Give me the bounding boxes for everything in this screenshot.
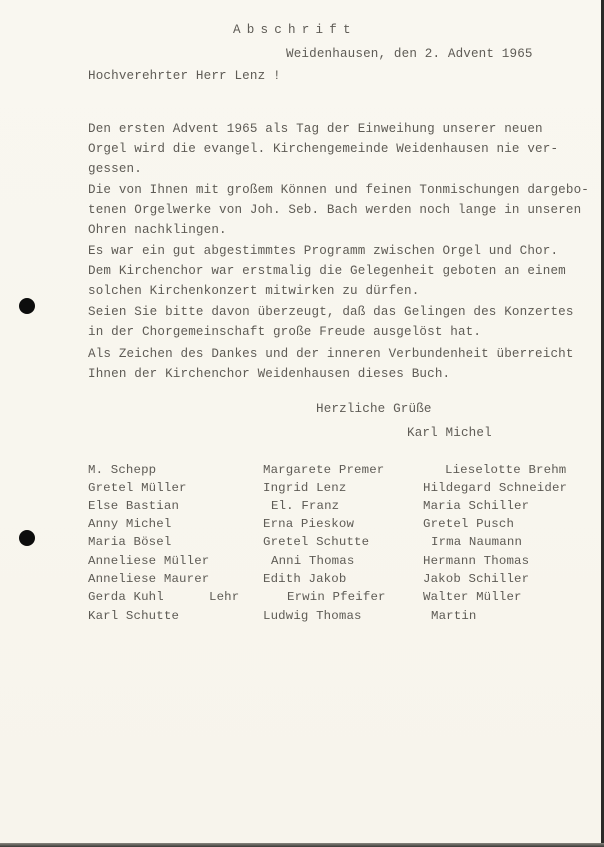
signatory-name: Erna Pieskow: [263, 517, 354, 531]
signatory-name: Ludwig Thomas: [263, 609, 362, 623]
signatory-name: Edith Jakob: [263, 572, 346, 586]
body-line: tenen Orgelwerke von Joh. Seb. Bach werd…: [88, 203, 581, 217]
body-line: Ihnen der Kirchenchor Weidenhausen diese…: [88, 367, 450, 381]
body-line: in der Chorgemeinschaft große Freude aus…: [88, 325, 481, 339]
signatory-name: Maria Schiller: [423, 499, 529, 513]
signatory-name: Karl Schutte: [88, 609, 179, 623]
signatory-name: M. Schepp: [88, 463, 156, 477]
signatory-name: Maria Bösel: [88, 535, 171, 549]
body-line: Die von Ihnen mit großem Können und fein…: [88, 183, 589, 197]
signatory-name: Anny Michel: [88, 517, 171, 531]
signatory-name: Erwin Pfeifer: [287, 590, 386, 604]
signatory-name: Ingrid Lenz: [263, 481, 346, 495]
body-line: Dem Kirchenchor war erstmalig die Gelege…: [88, 264, 566, 278]
signatory-name: Gretel Müller: [88, 481, 187, 495]
document-title: Abschrift: [233, 23, 357, 37]
signatory-name-extra: Lehr: [209, 590, 239, 604]
body-line: Den ersten Advent 1965 als Tag der Einwe…: [88, 122, 543, 136]
place-date: Weidenhausen, den 2. Advent 1965: [286, 47, 533, 61]
signatory-name: Gretel Schutte: [263, 535, 369, 549]
signatory-name: El. Franz: [271, 499, 339, 513]
signatory-name: Anni Thomas: [271, 554, 354, 568]
signatory-name: Gretel Pusch: [423, 517, 514, 531]
letter-page: Abschrift Weidenhausen, den 2. Advent 19…: [0, 0, 601, 843]
signatory-name: Irma Naumann: [431, 535, 522, 549]
signatory-name: Hildegard Schneider: [423, 481, 567, 495]
signatory-name: Hermann Thomas: [423, 554, 529, 568]
punch-hole-bottom: [19, 530, 35, 546]
salutation: Hochverehrter Herr Lenz !: [88, 69, 281, 83]
body-line: Seien Sie bitte davon überzeugt, daß das…: [88, 305, 574, 319]
body-line: gessen.: [88, 162, 142, 176]
signatory-name: Anneliese Maurer: [88, 572, 209, 586]
signatory-name: Else Bastian: [88, 499, 179, 513]
signature: Karl Michel: [407, 426, 492, 440]
punch-hole-top: [19, 298, 35, 314]
signatory-name: Lieselotte Brehm: [445, 463, 566, 477]
signatory-name: Martin: [431, 609, 477, 623]
signatory-name: Walter Müller: [423, 590, 522, 604]
body-line: Ohren nachklingen.: [88, 223, 227, 237]
body-line: Orgel wird die evangel. Kirchengemeinde …: [88, 142, 558, 156]
signatory-name: Jakob Schiller: [423, 572, 529, 586]
signatory-name: Margarete Premer: [263, 463, 384, 477]
body-line: Als Zeichen des Dankes und der inneren V…: [88, 347, 574, 361]
signatory-name: Gerda Kuhl: [88, 590, 164, 604]
closing: Herzliche Grüße: [316, 402, 432, 416]
body-line: solchen Kirchenkonzert mitwirken zu dürf…: [88, 284, 419, 298]
body-line: Es war ein gut abgestimmtes Programm zwi…: [88, 244, 558, 258]
signatory-name: Anneliese Müller: [88, 554, 209, 568]
scan-edge-bottom: [0, 843, 604, 847]
